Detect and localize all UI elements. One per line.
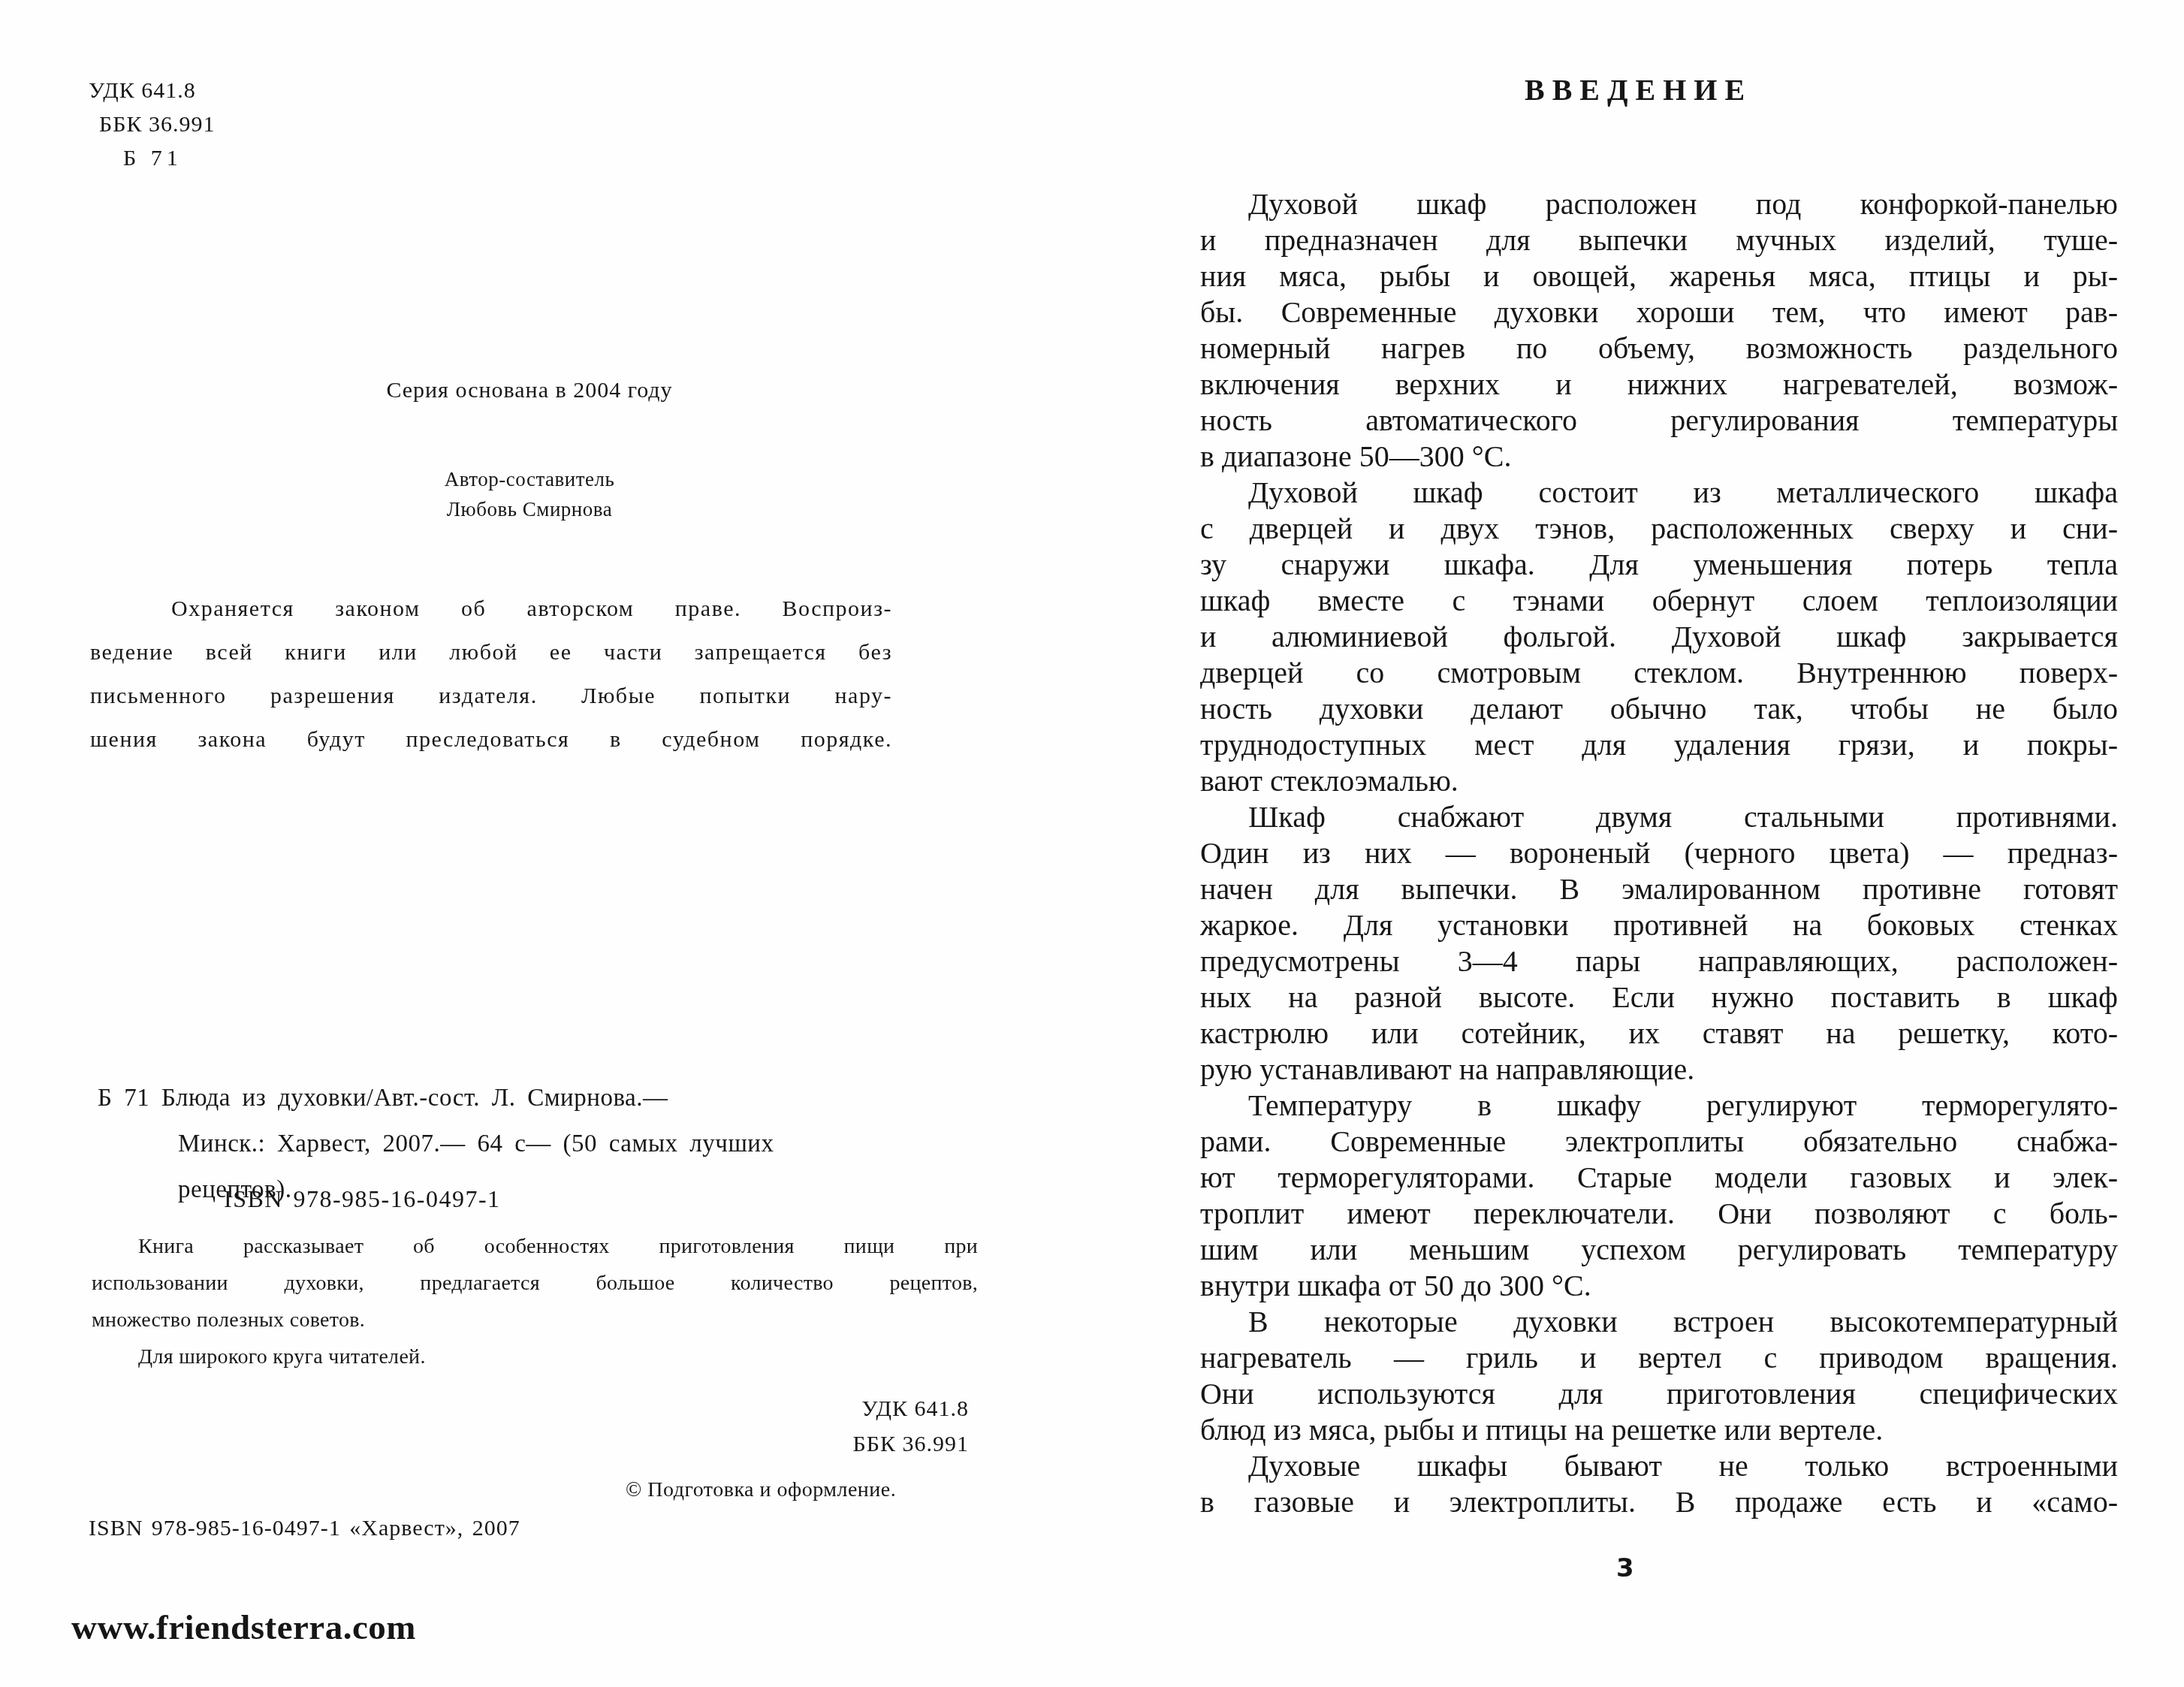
text-line: труднодоступных мест для удаления грязи,… [1200,727,2118,763]
paragraph: Духовой шкаф расположен под конфоркой-па… [1200,186,2118,475]
paragraph: В некоторые духовки встроен высокотемпер… [1200,1304,2118,1448]
text-line: блюд из мяса, рыбы и птицы на решетке ил… [1200,1412,2118,1448]
text-line: и предназначен для выпечки мучных издели… [1200,222,2118,258]
annotation-text: Книга рассказывает об особенностях приго… [92,1228,978,1375]
paragraph: Охраняется законом об авторском праве. В… [90,587,892,762]
text-line: Минск.: Харвест, 2007.— 64 с— (50 самых … [98,1121,894,1167]
text-line: рами. Современные электроплиты обязатель… [1200,1124,2118,1160]
text-line: ведение всей книги или любой ее части за… [90,631,892,674]
text-line: жаркое. Для установки противней на боков… [1200,907,2118,943]
copyright-credit: © Подготовка и оформление. [626,1478,896,1502]
text-line: Духовой шкаф расположен под конфоркой-па… [1200,186,2118,222]
text-line: в газовые и электроплиты. В продаже есть… [1200,1484,2118,1520]
text-line: шкаф вместе с тэнами обернут слоем тепло… [1200,583,2118,619]
text-line: нагреватель — гриль и вертел с приводом … [1200,1340,2118,1376]
text-line: включения верхних и нижних нагревателей,… [1200,367,2118,403]
text-line: шения закона будут преследоваться в суде… [90,718,892,762]
bottom-udk-code: УДК 641.8 [744,1391,969,1426]
text-line: Книга рассказывает об особенностях приго… [92,1228,978,1265]
book-spread: УДК 641.8 ББК 36.991 Б 71 Серия основана… [0,0,2184,1687]
copyright-notice: Охраняется законом об авторском праве. В… [90,587,892,762]
isbn-number: ISBN 978-985-16-0497-1 [224,1185,501,1213]
text-line: Охраняется законом об авторском праве. В… [90,587,892,631]
text-line: ния мяса, рыбы и овощей, жаренья мяса, п… [1200,258,2118,294]
text-line: номерный нагрев по объему, возможность р… [1200,330,2118,367]
text-line: кастрюлю или сотейник, их ставят на реше… [1200,1016,2118,1052]
page-title: ВВЕДЕНИЕ [1525,72,1752,107]
series-note: Серия основана в 2004 году [90,378,969,403]
text-line: ют терморегуляторами. Старые модели газо… [1200,1160,2118,1196]
bottom-classification-block: УДК 641.8 ББК 36.991 [744,1391,969,1462]
paragraph: Для широкого круга читателей. [92,1338,978,1375]
bottom-bbk-code: ББК 36.991 [744,1426,969,1462]
text-line: шим или меньшим успехом регулировать тем… [1200,1232,2118,1268]
text-line: внутри шкафа от 50 до 300 °С. [1200,1268,2118,1304]
text-line: ность автоматического регулирования темп… [1200,403,2118,439]
text-line: бы. Современные духовки хороши тем, что … [1200,294,2118,330]
text-line: предусмотрены 3—4 пары направляющих, рас… [1200,943,2118,979]
text-line: и алюминиевой фольгой. Духовой шкаф закр… [1200,619,2118,655]
classification-block: УДК 641.8 ББК 36.991 Б 71 [89,74,215,175]
udk-code: УДК 641.8 [89,74,215,107]
text-line: Духовой шкаф состоит из металлического ш… [1200,475,2118,511]
text-line: дверцей со смотровым стеклом. Внутреннюю… [1200,655,2118,691]
text-line: рую устанавливают на направляющие. [1200,1052,2118,1088]
text-line: В некоторые духовки встроен высокотемпер… [1200,1304,2118,1340]
paragraph: Духовой шкаф состоит из металлического ш… [1200,475,2118,799]
paragraph: Книга рассказывает об особенностях приго… [92,1228,978,1338]
page-number: 3 [1616,1553,1634,1583]
author-role: Автор-составитель [90,464,969,494]
text-line: Духовые шкафы бывают не только встроенны… [1200,1448,2118,1484]
author-block: Автор-составитель Любовь Смирнова [90,464,969,524]
text-line: Б 71 Блюда из духовки/Авт.-сост. Л. Смир… [98,1076,894,1121]
text-line: Шкаф снабжают двумя стальными противнями… [1200,799,2118,835]
text-line: начен для выпечки. В эмалированном проти… [1200,871,2118,907]
text-line: Один из них — вороненый (черного цвета) … [1200,835,2118,871]
text-line: в диапазоне 50—300 °С. [1200,439,2118,475]
paragraph: Шкаф снабжают двумя стальными противнями… [1200,799,2118,1088]
body-text: Духовой шкаф расположен под конфоркой-па… [1200,186,2118,1520]
text-line: Они используются для приготовления специ… [1200,1376,2118,1412]
paragraph: Духовые шкафы бывают не только встроенны… [1200,1448,2118,1520]
text-line: Температуру в шкафу регулируют терморегу… [1200,1088,2118,1124]
text-line: ных на разной высоте. Если нужно постави… [1200,979,2118,1016]
site-watermark: www.friendsterra.com [71,1607,416,1648]
text-line: вают стеклоэмалью. [1200,763,2118,799]
isbn-publisher-line: ISBN 978-985-16-0497-1 «Харвест», 2007 [89,1516,520,1541]
text-line: Для широкого круга читателей. [92,1338,978,1375]
text-line: использовании духовки, предлагается боль… [92,1265,978,1302]
text-line: троплит имеют переключатели. Они позволя… [1200,1196,2118,1232]
text-line: письменного разрешения издателя. Любые п… [90,674,892,718]
text-line: с дверцей и двух тэнов, расположенных св… [1200,511,2118,547]
text-line: множество полезных советов. [92,1302,978,1338]
author-name: Любовь Смирнова [90,494,969,524]
author-sign: Б 71 [89,141,215,175]
text-line: ность духовки делают обычно так, чтобы н… [1200,691,2118,727]
text-line: зу снаружи шкафа. Для уменьшения потерь … [1200,547,2118,583]
bbk-code: ББК 36.991 [89,107,215,141]
paragraph: Температуру в шкафу регулируют терморегу… [1200,1088,2118,1304]
